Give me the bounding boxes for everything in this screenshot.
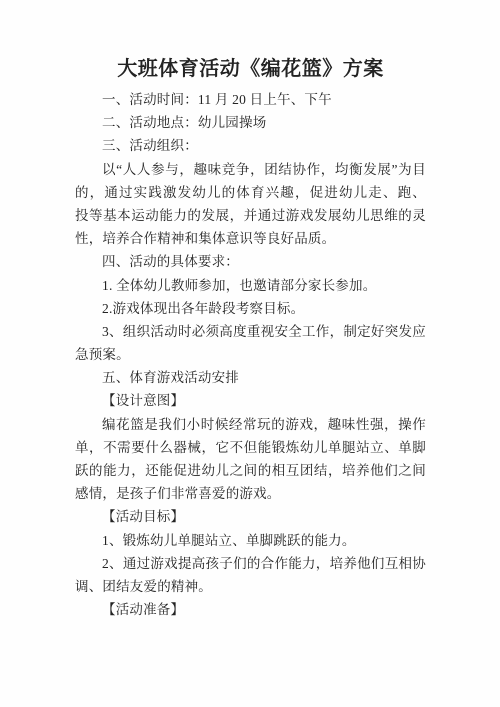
doc-line-activity-place: 二、活动地点：幼儿园操场 <box>75 111 426 134</box>
doc-line-requirement-1: 1. 全体幼儿教师参加，也邀请部分家长参加。 <box>75 274 426 297</box>
doc-line-requirement-3a: 3、组织活动时必须高度重视安全工作，制定好突发应 <box>75 320 426 343</box>
document-title: 大班体育活动《编花篮》方案 <box>75 54 426 85</box>
doc-line-design-intent-2: 单，不需要什么器械，它不但能锻炼幼儿单腿站立、单脚跳 <box>75 436 426 459</box>
doc-line-design-intent-1: 编花篮是我们小时候经常玩的游戏，趣味性强，操作简 <box>75 413 426 436</box>
doc-line-design-intent-head: 【设计意图】 <box>75 389 426 412</box>
doc-line-activity-time: 一、活动时间：11 月 20 日上午、下午 <box>75 88 426 111</box>
doc-line-requirement-2: 2.游戏体现出各年龄段考察目标。 <box>75 297 426 320</box>
document-content: 大班体育活动《编花篮》方案 一、活动时间：11 月 20 日上午、下午 二、活动… <box>0 0 500 621</box>
doc-line-requirement-3b: 急预案。 <box>75 343 426 366</box>
doc-line-requirements-head: 四、活动的具体要求： <box>75 250 426 273</box>
doc-line-goal-2b: 调、团结友爱的精神。 <box>75 575 426 598</box>
doc-line-activity-org: 三、活动组织： <box>75 134 426 157</box>
doc-line-purpose-1: 以“人人参与，趣味竞争，团结协作，均衡发展”为目 <box>75 158 426 181</box>
doc-line-design-intent-3: 跃的能力，还能促进幼儿之间的相互团结，培养他们之间的 <box>75 459 426 482</box>
doc-line-goal-2a: 2、通过游戏提高孩子们的合作能力，培养他们互相协 <box>75 552 426 575</box>
doc-line-preparation-head: 【活动准备】 <box>75 598 426 621</box>
doc-line-purpose-4: 性，培养合作精神和集体意识等良好品质。 <box>75 227 426 250</box>
doc-line-goal-1: 1、锻炼幼儿单腿站立、单脚跳跃的能力。 <box>75 529 426 552</box>
doc-line-purpose-2: 的，通过实践激发幼儿的体育兴趣，促进幼儿走、跑、跳、 <box>75 181 426 204</box>
document-page: 大班体育活动《编花篮》方案 一、活动时间：11 月 20 日上午、下午 二、活动… <box>0 0 500 707</box>
doc-line-purpose-3: 投等基本运动能力的发展，并通过游戏发展幼儿思维的灵活 <box>75 204 426 227</box>
doc-line-arrangement-head: 五、体育游戏活动安排 <box>75 366 426 389</box>
doc-line-goals-head: 【活动目标】 <box>75 505 426 528</box>
doc-line-design-intent-4: 感情，是孩子们非常喜爱的游戏。 <box>75 482 426 505</box>
